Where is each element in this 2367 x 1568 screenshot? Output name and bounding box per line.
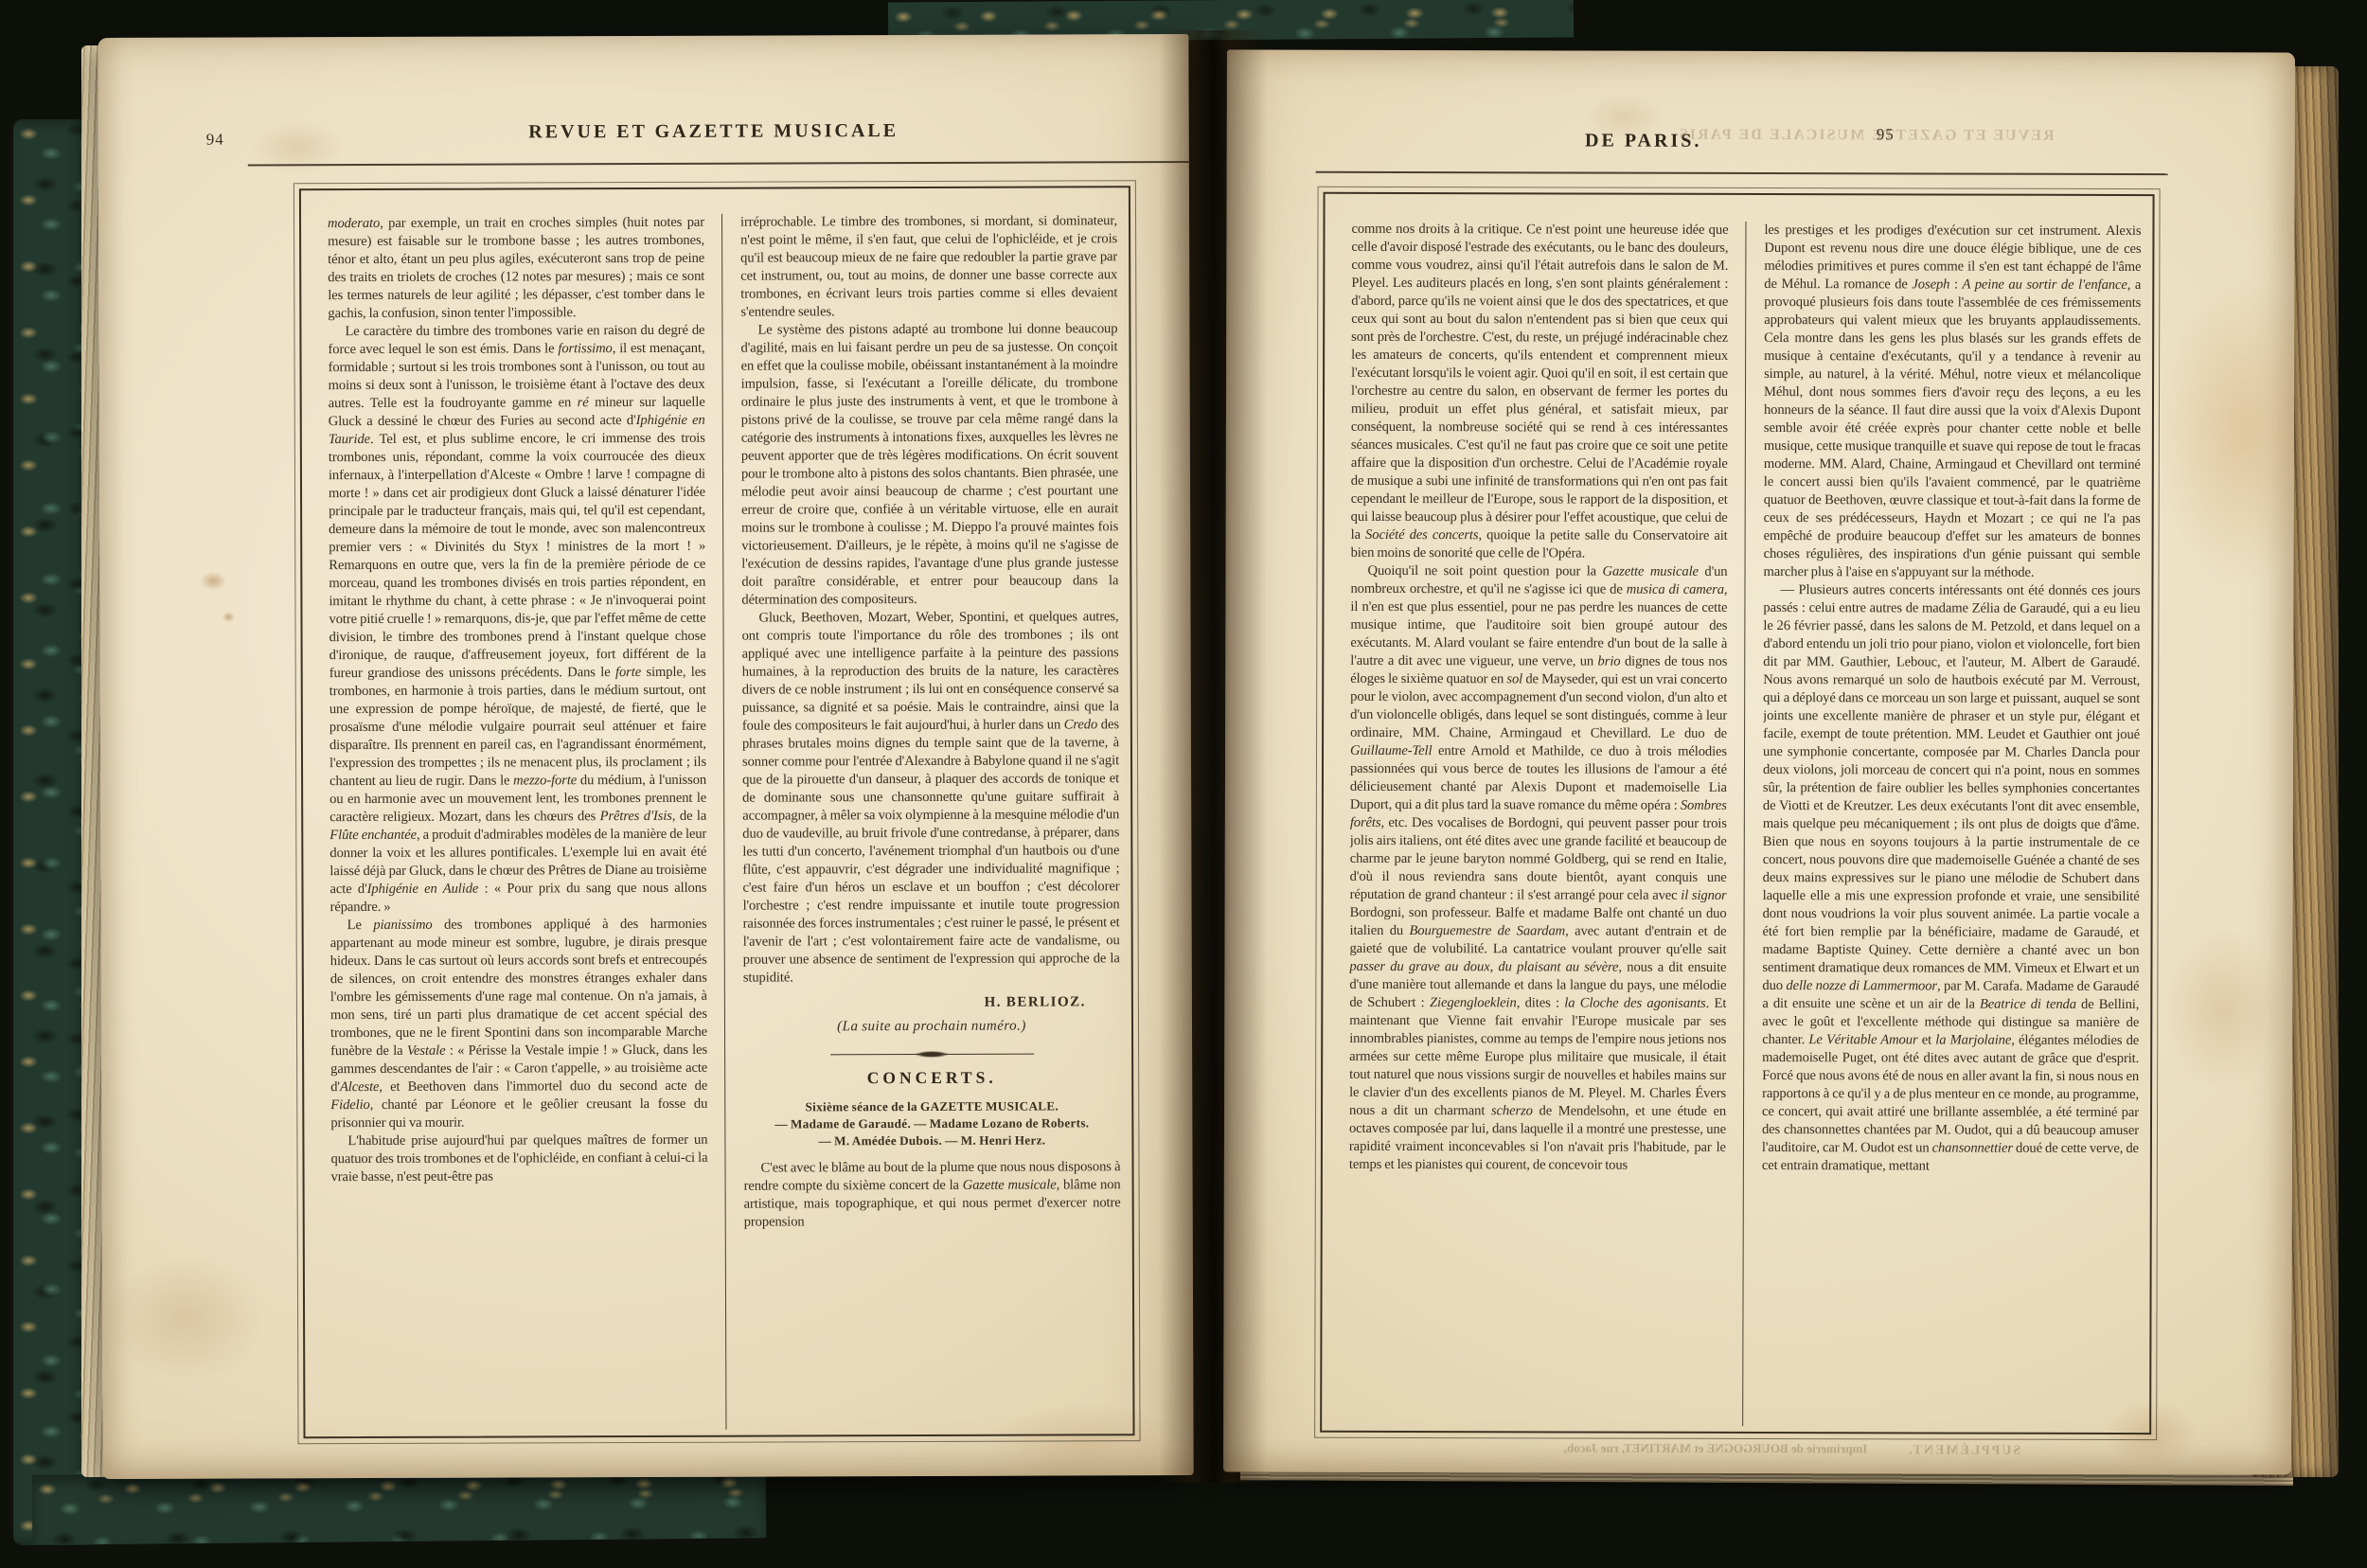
paragraph: — Plusieurs autres concerts intéressants… [1762, 581, 2141, 1176]
paragraph: comme nos droits à la critique. Ce n'est… [1351, 221, 1729, 563]
left-page: 94 REVUE ET GAZETTE MUSICALE moderato, p… [98, 34, 1193, 1479]
paragraph: L'habitude prise aujourd'hui par quelque… [330, 1131, 707, 1186]
paragraph: Le caractère du timbre des trombones var… [328, 322, 706, 917]
paragraph: C'est avec le blâme au bout de la plume … [743, 1158, 1120, 1231]
right-text-frame: comme nos droits à la critique. Ce n'est… [1320, 192, 2154, 1434]
article-signature: H. BERLIOZ. [743, 993, 1120, 1012]
paragraph: — M. Amédée Dubois. — M. Henri Herz. [743, 1131, 1120, 1149]
left-column-1: moderato, par exemple, un trait en croch… [328, 214, 708, 1431]
paragraph: Quoiqu'il ne soit point question pour la… [1349, 562, 1728, 1175]
paragraph: moderato, par exemple, un trait en croch… [328, 214, 704, 323]
left-column-2: irréprochable. Le timbre des trombones, … [740, 212, 1121, 1429]
show-through-imprint: Imprimerie de BOURGOGNE et MARTINET, rue… [1384, 1440, 2047, 1457]
paragraph: Gluck, Beethoven, Mozart, Weber, Spontin… [741, 608, 1119, 987]
paragraph: les prestiges et les prodiges d'exécutio… [1764, 222, 2142, 582]
column-divider [1742, 222, 1746, 1426]
left-page-number: 94 [206, 131, 224, 150]
right-columns: comme nos droits à la critique. Ce n'est… [1322, 221, 2152, 1427]
left-text-frame: moderato, par exemple, un trait en croch… [299, 186, 1135, 1438]
right-column-1: comme nos droits à la critique. Ce n'est… [1348, 221, 1728, 1426]
section-divider-ornament [830, 1051, 1034, 1059]
paragraph: — Madame de Garaudé. — Madame Lozano de … [743, 1114, 1120, 1132]
right-page: REVUE ET GAZETTE MUSICALE DE PARIS DE PA… [1223, 50, 2295, 1475]
right-page-number: 95 [1877, 125, 1895, 144]
concert-program: Sixième séance de la GAZETTE MUSICALE.— … [743, 1097, 1120, 1149]
concerts-paragraphs: C'est avec le blâme au bout de la plume … [743, 1158, 1120, 1231]
paragraph: irréprochable. Le timbre des trombones, … [740, 212, 1117, 321]
paragraph: Le pianissimo des trombones appliqué à d… [330, 916, 708, 1132]
right-column-2: les prestiges et les prodiges d'exécutio… [1761, 222, 2141, 1427]
continuation-note: (La suite au prochain numéro.) [743, 1017, 1120, 1036]
paragraph: Sixième séance de la GAZETTE MUSICALE. [743, 1097, 1120, 1115]
left-running-head: REVUE ET GAZETTE MUSICALE [297, 119, 1130, 144]
article-paragraphs: irréprochable. Le timbre des trombones, … [740, 212, 1120, 987]
concerts-heading: CONCERTS. [743, 1068, 1120, 1087]
column-divider [721, 214, 726, 1430]
show-through-supplement: SUPPLÉMENT. [1907, 1443, 2020, 1458]
paragraph: Le système des pistons adapté au trombon… [740, 320, 1118, 609]
right-header-rule [1316, 171, 2168, 175]
left-header-rule [248, 161, 1190, 166]
left-columns: moderato, par exemple, un trait en croch… [301, 212, 1132, 1431]
right-running-head: DE PARIS. [1237, 130, 2051, 153]
